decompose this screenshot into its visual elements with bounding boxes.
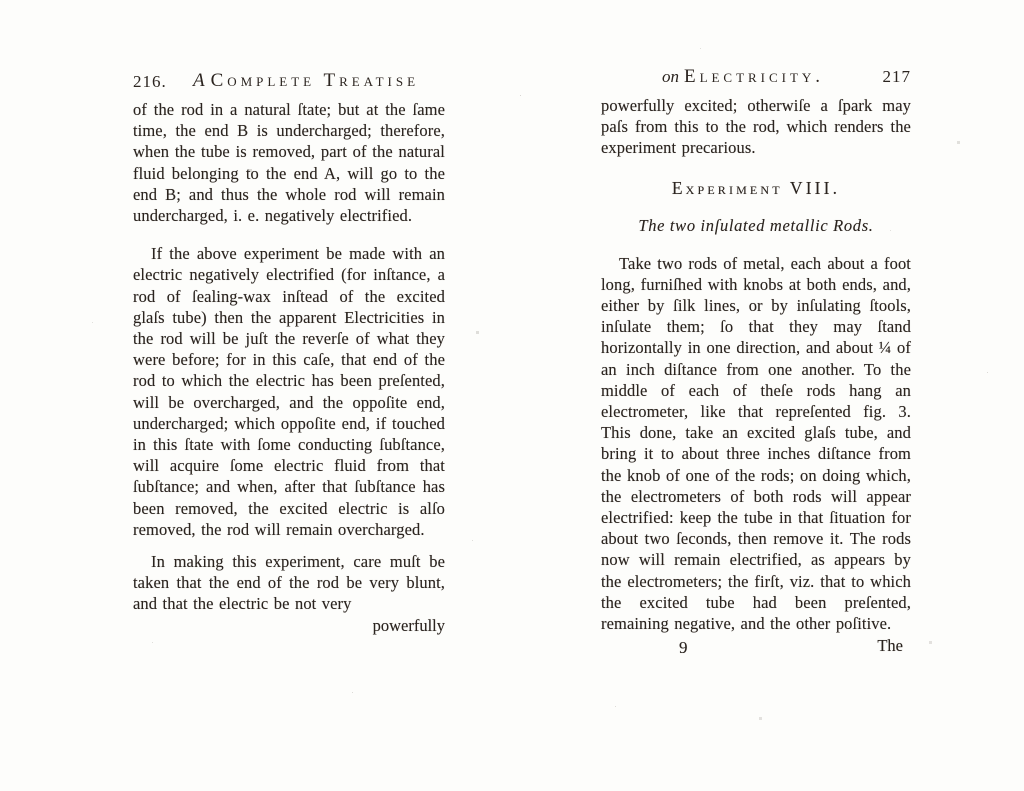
paragraph-continuation-left: of the rod in a natural ſtate; but at th… [133,99,445,226]
running-title-text-left: Complete Treatise [211,70,419,91]
catchword-left: powerfully [133,615,445,636]
running-title-text-right: Electricity. [684,66,824,87]
book-scan: 216. AComplete Treatise of the rod in a … [0,0,1024,791]
page-right: onElectricity. 217 powerfully excited; o… [601,66,911,659]
page-number-right: 217 [883,66,912,88]
page-number-left: 216. [133,71,167,93]
page-left: 216. AComplete Treatise of the rod in a … [133,70,445,652]
experiment-heading: Experiment VIII. [601,178,911,199]
signature-mark: 9 [679,637,688,658]
scan-speckles [0,0,1,1]
paragraph-caution: In making this experiment, care muſt be … [133,551,445,615]
running-title-preposition: on [662,67,679,86]
experiment-subtitle: The two inſulated metallic Rods. [601,215,911,236]
page-footer-right: 9 The [601,637,911,659]
paragraph-continuation-right: powerfully excited; otherwiſe a ſpark ma… [601,95,911,159]
paragraph-experiment-body: Take two rods of metal, each about a foo… [601,253,911,635]
running-title-article: A [193,70,205,91]
running-title-right: onElectricity. [601,66,911,88]
paragraph-experiment-reverse: If the above experiment be made with an … [133,243,445,540]
running-title-left: AComplete Treatise [133,70,445,92]
catchword-right: The [877,635,903,656]
running-head-right: onElectricity. 217 [601,66,911,90]
running-head-left: 216. AComplete Treatise [133,70,445,94]
